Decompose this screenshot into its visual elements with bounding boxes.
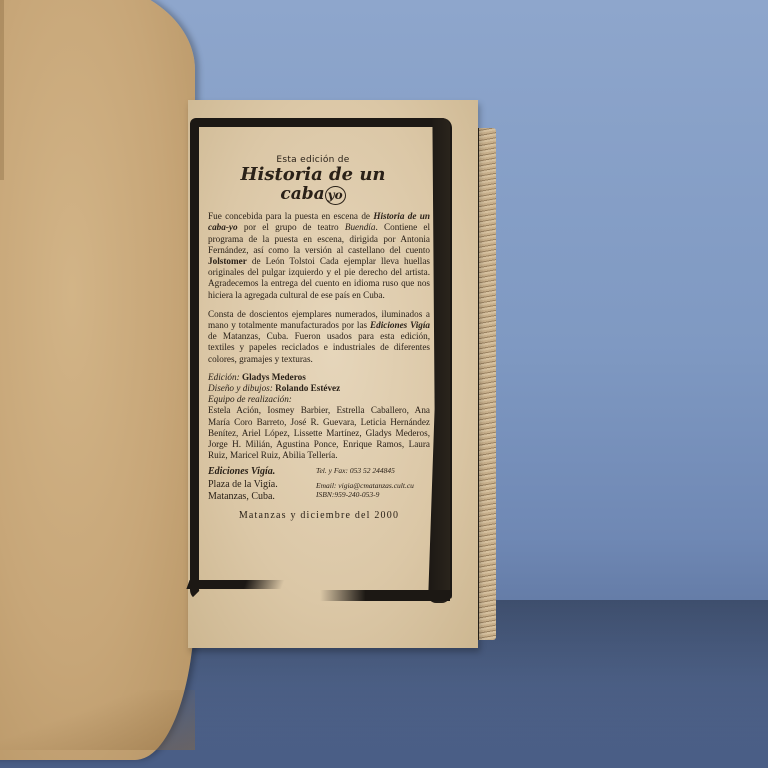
- publisher-address-line1: Plaza de la Vigía.: [208, 479, 316, 492]
- publisher-contact: Tel. y Fax: 053 52 244845 Email: vigia@c…: [316, 466, 414, 504]
- colophon-header: Esta edición de Historia de un cabayo: [196, 155, 430, 205]
- date-line: Matanzas y diciembre del 2000: [208, 510, 430, 521]
- publisher-block: Ediciones Vigía. Plaza de la Vigía. Mata…: [208, 466, 430, 504]
- publisher-email: Email: vigia@cmatanzas.cult.cu: [316, 481, 414, 491]
- left-page-crease: [0, 0, 4, 180]
- publisher-phone: Tel. y Fax: 053 52 244845: [316, 466, 414, 476]
- circled-yo-logo: yo: [325, 186, 346, 205]
- credit-design: Diseño y dibujos: Rolando Estévez: [208, 383, 430, 394]
- left-page-edge: [0, 690, 195, 750]
- publisher-isbn: ISBN:959-240-053-9: [316, 490, 414, 500]
- paragraph-conception: Fue concebida para la puesta en escena d…: [208, 211, 430, 301]
- header-title-line1: Historia de un: [196, 166, 430, 184]
- credit-team-label: Equipo de realización:: [208, 394, 430, 405]
- publisher-name: Ediciones Vigía.: [208, 466, 316, 479]
- credit-team-list: Estela Ación, Iosmey Barbier, Estrella C…: [208, 405, 430, 461]
- publisher-address: Ediciones Vigía. Plaza de la Vigía. Mata…: [208, 466, 316, 504]
- paragraph-edition-details: Consta de doscientos ejemplares numerado…: [208, 309, 430, 365]
- left-page: [0, 0, 195, 760]
- credit-edition: Edición: Gladys Mederos: [208, 372, 430, 383]
- colophon-text: Esta edición de Historia de un cabayo Fu…: [208, 155, 430, 521]
- publisher-address-line2: Matanzas, Cuba.: [208, 491, 316, 504]
- credits-block: Edición: Gladys Mederos Diseño y dibujos…: [208, 372, 430, 462]
- brush-frame-bottom-left-stroke: [186, 580, 284, 589]
- header-title-line2: cabayo: [196, 186, 430, 205]
- brush-frame-bottom-right-stroke: [320, 590, 450, 601]
- book-spine-edge: [476, 128, 496, 640]
